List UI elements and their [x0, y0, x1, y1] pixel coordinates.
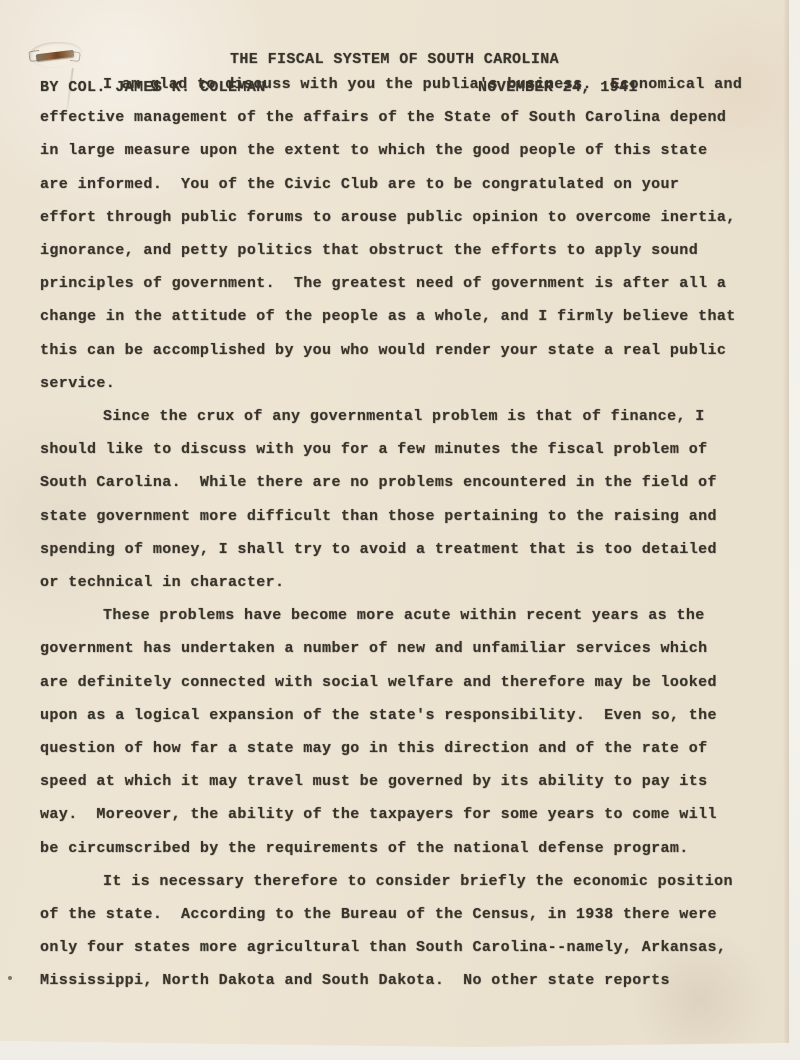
document-date: NOVEMBER 24, 1941	[478, 78, 638, 98]
paragraph: Since the crux of any governmental probl…	[40, 400, 747, 599]
paragraph: It is necessary therefore to consider br…	[40, 865, 747, 998]
paragraph: I am glad to discuss with you the publia…	[40, 68, 747, 400]
document-byline: BY COL. JAMES K. COLEMAN	[40, 78, 266, 98]
document-page: THE FISCAL SYSTEM OF SOUTH CAROLINA BY C…	[0, 0, 789, 1048]
document-header: THE FISCAL SYSTEM OF SOUTH CAROLINA BY C…	[0, 0, 789, 58]
paragraph: These problems have become more acute wi…	[40, 599, 747, 865]
byline-row: BY COL. JAMES K. COLEMAN NOVEMBER 24, 19…	[0, 78, 789, 98]
scanner-background: THE FISCAL SYSTEM OF SOUTH CAROLINA BY C…	[0, 0, 800, 1060]
document-title: THE FISCAL SYSTEM OF SOUTH CAROLINA	[0, 50, 789, 70]
ink-speck-icon	[8, 976, 12, 980]
document-body: I am glad to discuss with you the publia…	[0, 68, 789, 998]
